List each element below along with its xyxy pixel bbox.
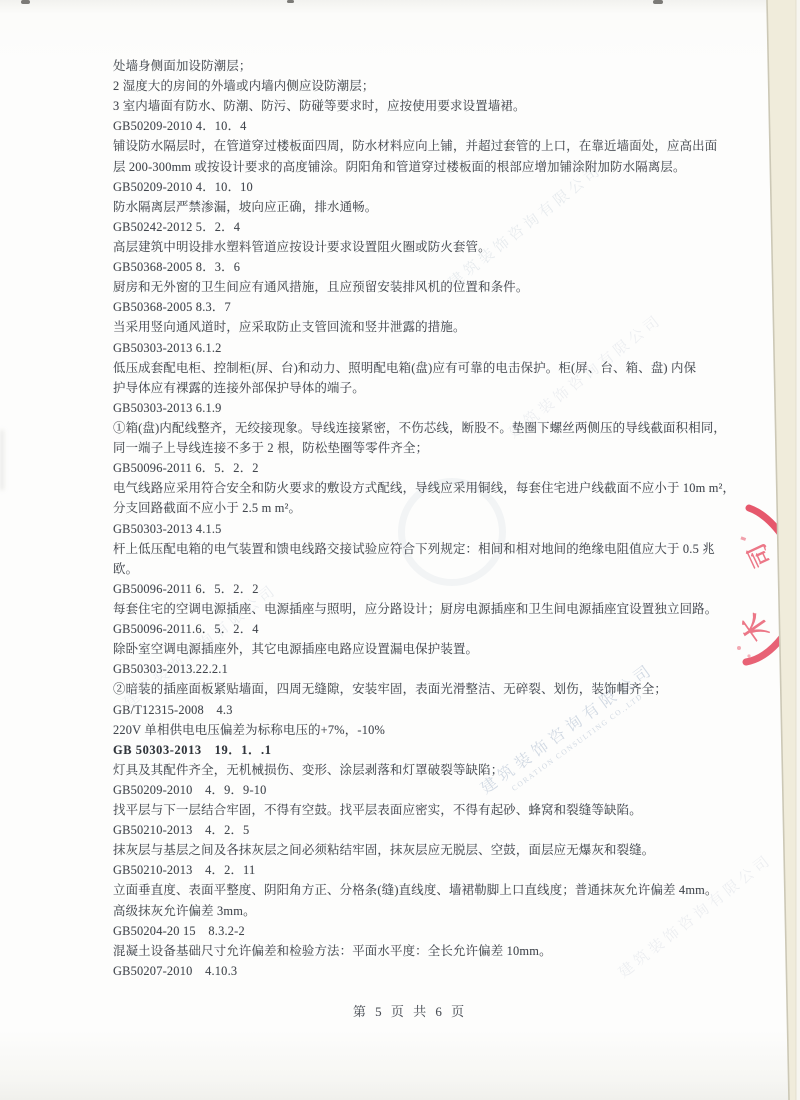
text-line: 防水隔离层严禁渗漏，坡向应正确，排水通畅。 [113,197,753,217]
text-line: 220V 单相供电电压偏差为标称电压的+7%，-10% [113,720,753,740]
text-line: GB50210-2013 4．2．5 [113,820,753,840]
text-line: GB50303-2013.22.2.1 [113,659,753,679]
text-line: 灯具及其配件齐全，无机械损伤、变形、涂层剥落和灯罩破裂等缺陷； [113,760,753,780]
text-line: 当采用竖向通风道时，应采取防止支管回流和竖井泄露的措施。 [113,317,753,337]
text-line: 混凝土设备基础尺寸允许偏差和检验方法：平面水平度：全长允许偏差 10mm。 [113,941,753,961]
text-line: GB50207-2010 4.10.3 [113,961,753,981]
text-line: GB50303-2013 6.1.2 [113,338,753,358]
text-line: GB50096-2011 6．5．2．2 [113,579,753,599]
text-line: GB50209-2010 4．10．10 [113,177,753,197]
text-line: 欧。 [113,559,753,579]
text-line: 2 湿度大的房间的外墙或内墙内侧应设防潮层； [113,76,753,96]
text-line: 高级抹灰允许偏差 3mm。 [113,901,753,921]
text-line: 层 200-300mm 或按设计要求的高度铺涂。阴阳角和管道穿过楼板面的根部应增… [113,157,753,177]
text-line: 护导体应有裸露的连接外部保护导体的端子。 [113,378,753,398]
text-line: 处墙身侧面加设防潮层； [113,56,753,76]
page-edge [758,0,800,1100]
text-line: GB50368-2005 8．3．6 [113,257,753,277]
text-line: 找平层与下一层结合牢固，不得有空鼓。找平层表面应密实，不得有起砂、蜂窝和裂缝等缺… [113,800,753,820]
text-line: ②暗装的插座面板紧贴墙面，四周无缝隙，安装牢固，表面光滑整洁、无碎裂、划伤，装饰… [113,679,753,699]
text-line: 高层建筑中明设排水塑料管道应按设计要求设置阻火圈或防火套管。 [113,237,753,257]
scan-speck [653,0,663,4]
page-footer: 第 5 页 共 6 页 [90,1001,730,1021]
text-line: 抹灰层与基层之间及各抹灰层之间必须粘结牢固，抹灰层应无脱层、空鼓，面层应无爆灰和… [113,840,753,860]
text-line: 厨房和无外窗的卫生间应有通风措施，且应预留安装排风机的位置和条件。 [113,277,753,297]
text-line: GB50368-2005 8.3．7 [113,297,753,317]
text-line: 立面垂直度、表面平整度、阴阳角方正、分格条(缝)直线度、墙裙勒脚上口直线度；普通… [113,880,753,900]
text-line: GB50096-2011.6．5．2．4 [113,619,753,639]
scan-speck [287,0,294,3]
text-line: 3 室内墙面有防水、防潮、防污、防碰等要求时，应按使用要求设置墙裙。 [113,96,753,116]
text-line: GB50303-2013 4.1.5 [113,519,753,539]
text-line: GB 50303-2013 19．1．.1 [113,740,753,760]
scan-smudge [0,430,4,490]
text-line: GB50303-2013 6.1.9 [113,398,753,418]
text-line: 除卧室空调电源插座外，其它电源插座电路应设置漏电保护装置。 [113,639,753,659]
text-line: 电气线路应采用符合安全和防火要求的敷设方式配线，导线应采用铜线，每套住宅进户线截… [113,478,753,498]
scanned-document-page: 建筑装饰咨询有限公司 建筑装饰咨询有限公司 建筑装饰咨询有限公司 建筑装饰咨询有… [0,0,800,1100]
text-line: 低压成套配电柜、控制柜(屏、台)和动力、照明配电箱(盘)应有可靠的电击保护。柜(… [113,358,753,378]
text-line: GB50209-2010 4．9．9-10 [113,780,753,800]
text-line: 铺设防水隔层时，在管道穿过楼板面四周，防水材料应向上铺，并超过套管的上口，在靠近… [113,136,753,156]
text-line: GB50242-2012 5．2．4 [113,217,753,237]
document-body: 处墙身侧面加设防潮层；2 湿度大的房间的外墙或内墙内侧应设防潮层；3 室内墙面有… [113,56,753,981]
text-line: 每套住宅的空调电源插座、电源插座与照明，应分路设计；厨房电源插座和卫生间电源插座… [113,599,753,619]
scan-speck [21,0,30,4]
text-line: ①箱(盘)内配线整齐，无绞接现象。导线连接紧密，不伤芯线，断股不。垫圈下螺丝两侧… [113,418,753,438]
text-line: 分支回路截面不应小于 2.5 m m²。 [113,498,753,518]
text-line: 杆上低压配电箱的电气装置和馈电线路交接试验应符合下列规定：相间和相对地间的绝缘电… [113,539,753,559]
text-line: GB50204-20 15 8.3.2-2 [113,921,753,941]
text-line: GB50210-2013 4．2．11 [113,860,753,880]
text-line: GB50096-2011 6．5．2．2 [113,458,753,478]
text-line: 同一端子上导线连接不多于 2 根，防松垫圈等零件齐全； [113,438,753,458]
text-line: GB/T12315-2008 4.3 [113,700,753,720]
text-line: GB50209-2010 4．10．4 [113,116,753,136]
